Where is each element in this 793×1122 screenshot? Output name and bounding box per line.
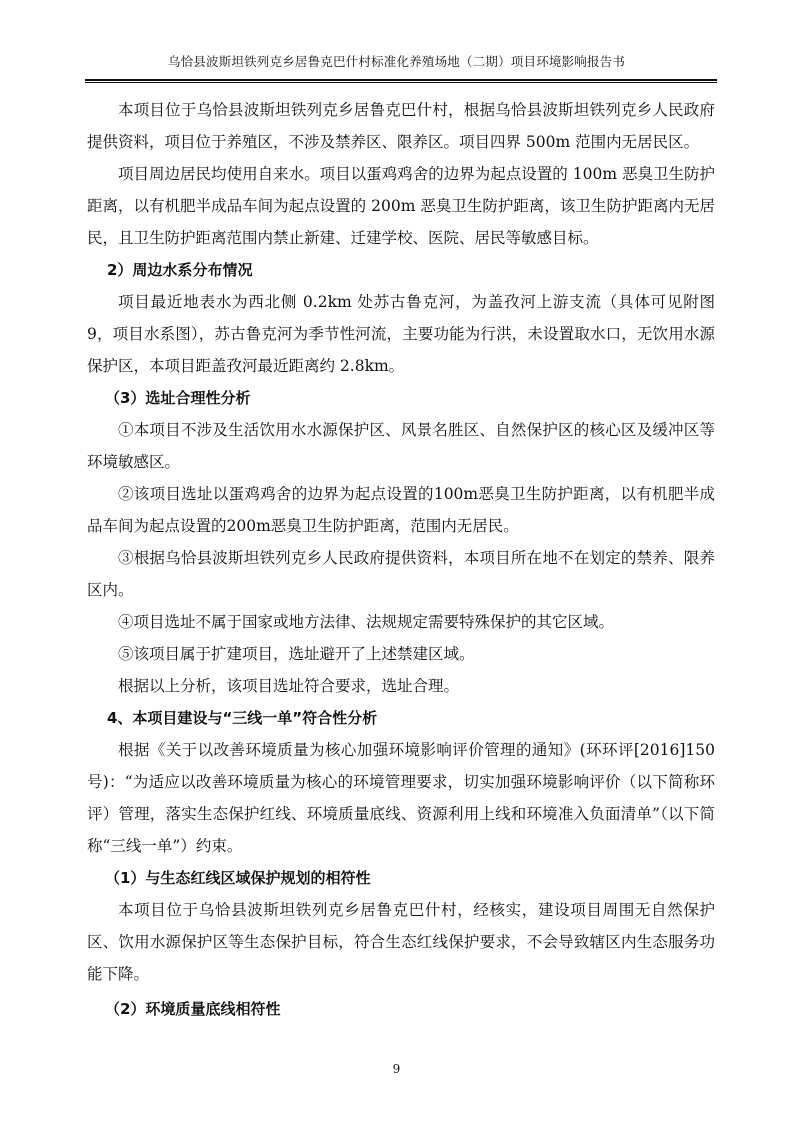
paragraph-protection-distance: 项目周边居民均使用自来水。项目以蛋鸡鸡舍的边界为起点设置的 100m 恶臭卫生防… [87,158,715,254]
page-number: 9 [0,1062,793,1076]
paragraph-conclusion: 根据以上分析，该项目选址符合要求，选址合理。 [87,670,715,702]
running-header: 乌恰县波斯坦铁列克乡居鲁克巴什村标准化养殖场地（二期）项目环境影响报告书 [0,52,793,70]
paragraph-three-lines: 根据《关于以改善环境质量为核心加强环境影响评价管理的通知》(环环评[2016]1… [87,734,715,862]
page-content: 本项目位于乌恰县波斯坦铁列克乡居鲁克巴什村，根据乌恰县波斯坦铁列克乡人民政府提供… [87,94,715,1025]
paragraph-water-system: 项目最近地表水为西北侧 0.2km 处苏古鲁克河，为盖孜河上游支流（具体可见附图… [87,286,715,382]
header-rule [85,79,717,83]
list-item: ②该项目选址以蛋鸡鸡舍的边界为起点设置的100m恶臭卫生防护距离，以有机肥半成品… [87,478,715,542]
list-item: ⑤该项目属于扩建项目，选址避开了上述禁建区域。 [87,638,715,670]
paragraph-location: 本项目位于乌恰县波斯坦铁列克乡居鲁克巴什村，根据乌恰县波斯坦铁列克乡人民政府提供… [87,94,715,158]
heading-section-4: 4、本项目建设与“三线一单”符合性分析 [87,702,715,734]
list-item: ①本项目不涉及生活饮用水水源保护区、风景名胜区、自然保护区的核心区及缓冲区等环境… [87,414,715,478]
heading-eco-redline: （1）与生态红线区域保护规划的相符性 [87,862,715,894]
heading-env-quality: （2）环境质量底线相符性 [87,993,715,1025]
list-item: ③根据乌恰县波斯坦铁列克乡人民政府提供资料，本项目所在地不在划定的禁养、限养区内… [87,542,715,606]
heading-water-system: 2）周边水系分布情况 [87,254,715,286]
list-item: ④项目选址不属于国家或地方法律、法规规定需要特殊保护的其它区域。 [87,606,715,638]
paragraph-eco-redline: 本项目位于乌恰县波斯坦铁列克乡居鲁克巴什村，经核实，建设项目周围无自然保护区、饮… [87,894,715,990]
heading-site-analysis: （3）选址合理性分析 [87,382,715,414]
